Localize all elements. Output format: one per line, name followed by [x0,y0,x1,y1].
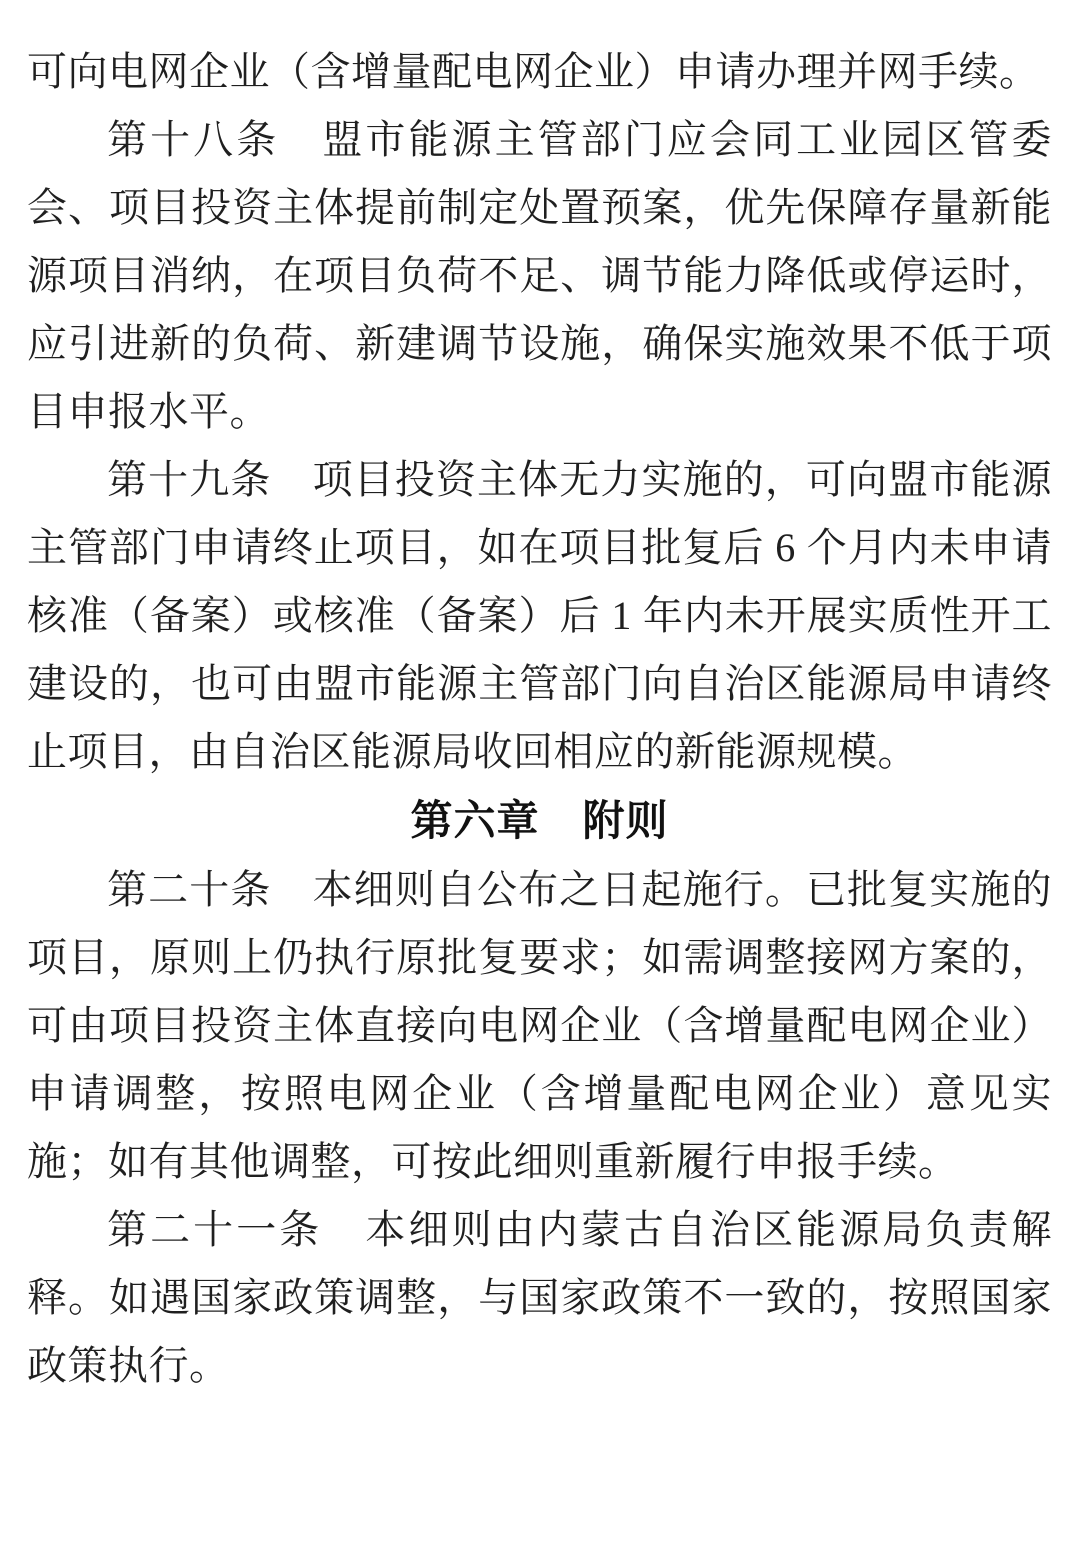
paragraph-article-20: 第二十条 本细则自公布之日起施行。已批复实施的项目，原则上仍执行原批复要求；如需… [27,856,1052,1196]
document-page: 可向电网企业（含增量配电网企业）申请办理并网手续。 第十八条 盟市能源主管部门应… [0,0,1080,1554]
document-body: 可向电网企业（含增量配电网企业）申请办理并网手续。 第十八条 盟市能源主管部门应… [27,38,1052,1400]
paragraph-continuation: 可向电网企业（含增量配电网企业）申请办理并网手续。 [27,38,1052,106]
chapter-heading: 第六章 附则 [27,786,1052,856]
paragraph-article-18: 第十八条 盟市能源主管部门应会同工业园区管委会、项目投资主体提前制定处置预案，优… [27,106,1052,446]
paragraph-article-21: 第二十一条 本细则由内蒙古自治区能源局负责解释。如遇国家政策调整，与国家政策不一… [27,1196,1052,1400]
paragraph-article-19: 第十九条 项目投资主体无力实施的，可向盟市能源主管部门申请终止项目，如在项目批复… [27,446,1052,786]
